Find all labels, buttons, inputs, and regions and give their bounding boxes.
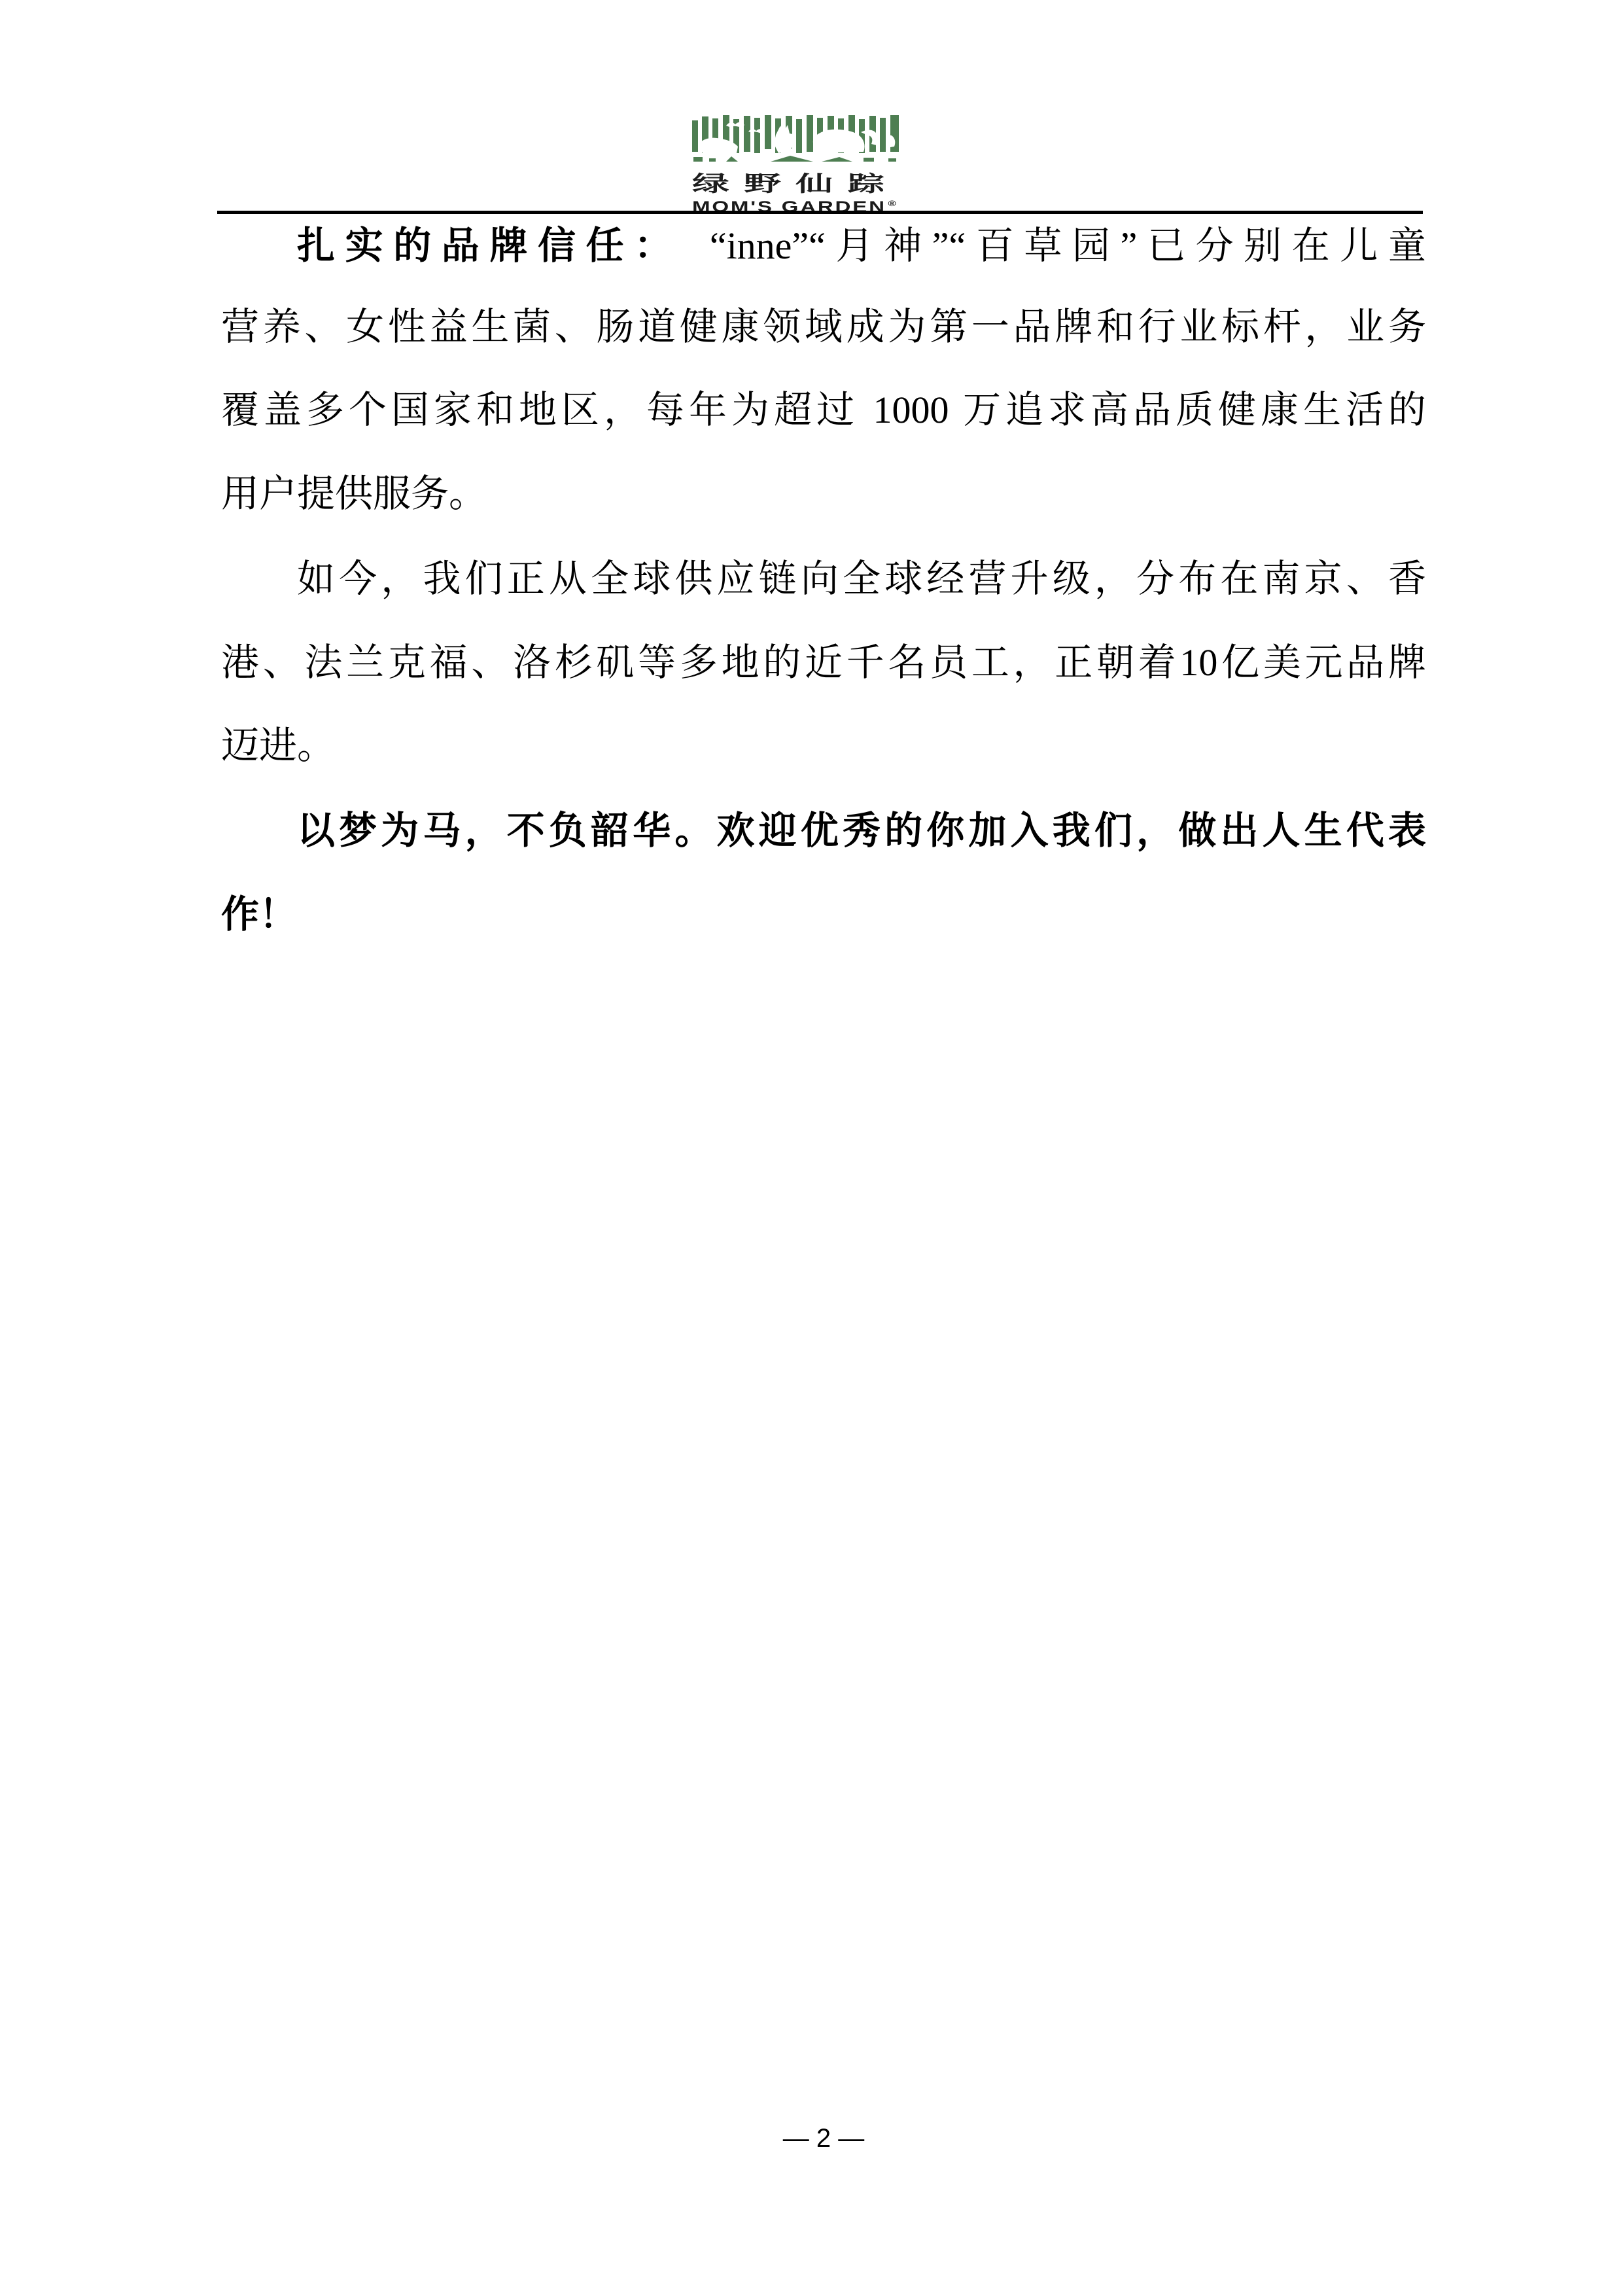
document-page: 绿野仙踪 MOM'S GARDEN® 扎实的品牌信任：“inne”“月神”“百草… (0, 0, 1623, 2296)
paragraph3-line2: 作！ (221, 891, 1426, 938)
paragraph1-line2: 营养、女性益生菌、肠道健康领域成为第一品牌和行业标杆，业务 (221, 304, 1426, 351)
paragraph1-line1-text: “inne”“月神”“百草园”已分别在儿童 (710, 224, 1426, 267)
header-divider (217, 211, 1423, 214)
paragraph2-line3: 迈进。 (221, 722, 1426, 769)
registered-trademark-icon: ® (888, 199, 898, 208)
bear-silhouette-icon (700, 138, 738, 153)
paragraph1-line3: 覆盖多个国家和地区，每年为超过 1000 万追求高品质健康生活的 (221, 387, 1426, 434)
brand-name-chinese: 绿野仙踪 (692, 167, 1050, 198)
paragraph1-line1: 扎实的品牌信任：“inne”“月神”“百草园”已分别在儿童 (221, 222, 1426, 270)
paragraph3-line1: 以梦为马，不负韶华。欢迎优秀的你加入我们，做出人生代表 (221, 807, 1426, 855)
page-number: — 2 — (221, 2123, 1426, 2154)
paragraph2-line1: 如今，我们正从全球供应链向全球经营升级，分布在南京、香 (221, 556, 1426, 603)
paragraph1-line4: 用户提供服务。 (221, 470, 1426, 518)
paragraph1-lead-in: 扎实的品牌信任： (297, 224, 682, 267)
elephant-silhouette-icon (813, 130, 865, 153)
brand-logo: 绿野仙踪 MOM'S GARDEN® (692, 115, 900, 217)
paragraph2-line2: 港、法兰克福、洛杉矶等多地的近千名员工，正朝着10亿美元品牌 (221, 639, 1426, 686)
forest-animals-logo-icon (692, 115, 899, 162)
